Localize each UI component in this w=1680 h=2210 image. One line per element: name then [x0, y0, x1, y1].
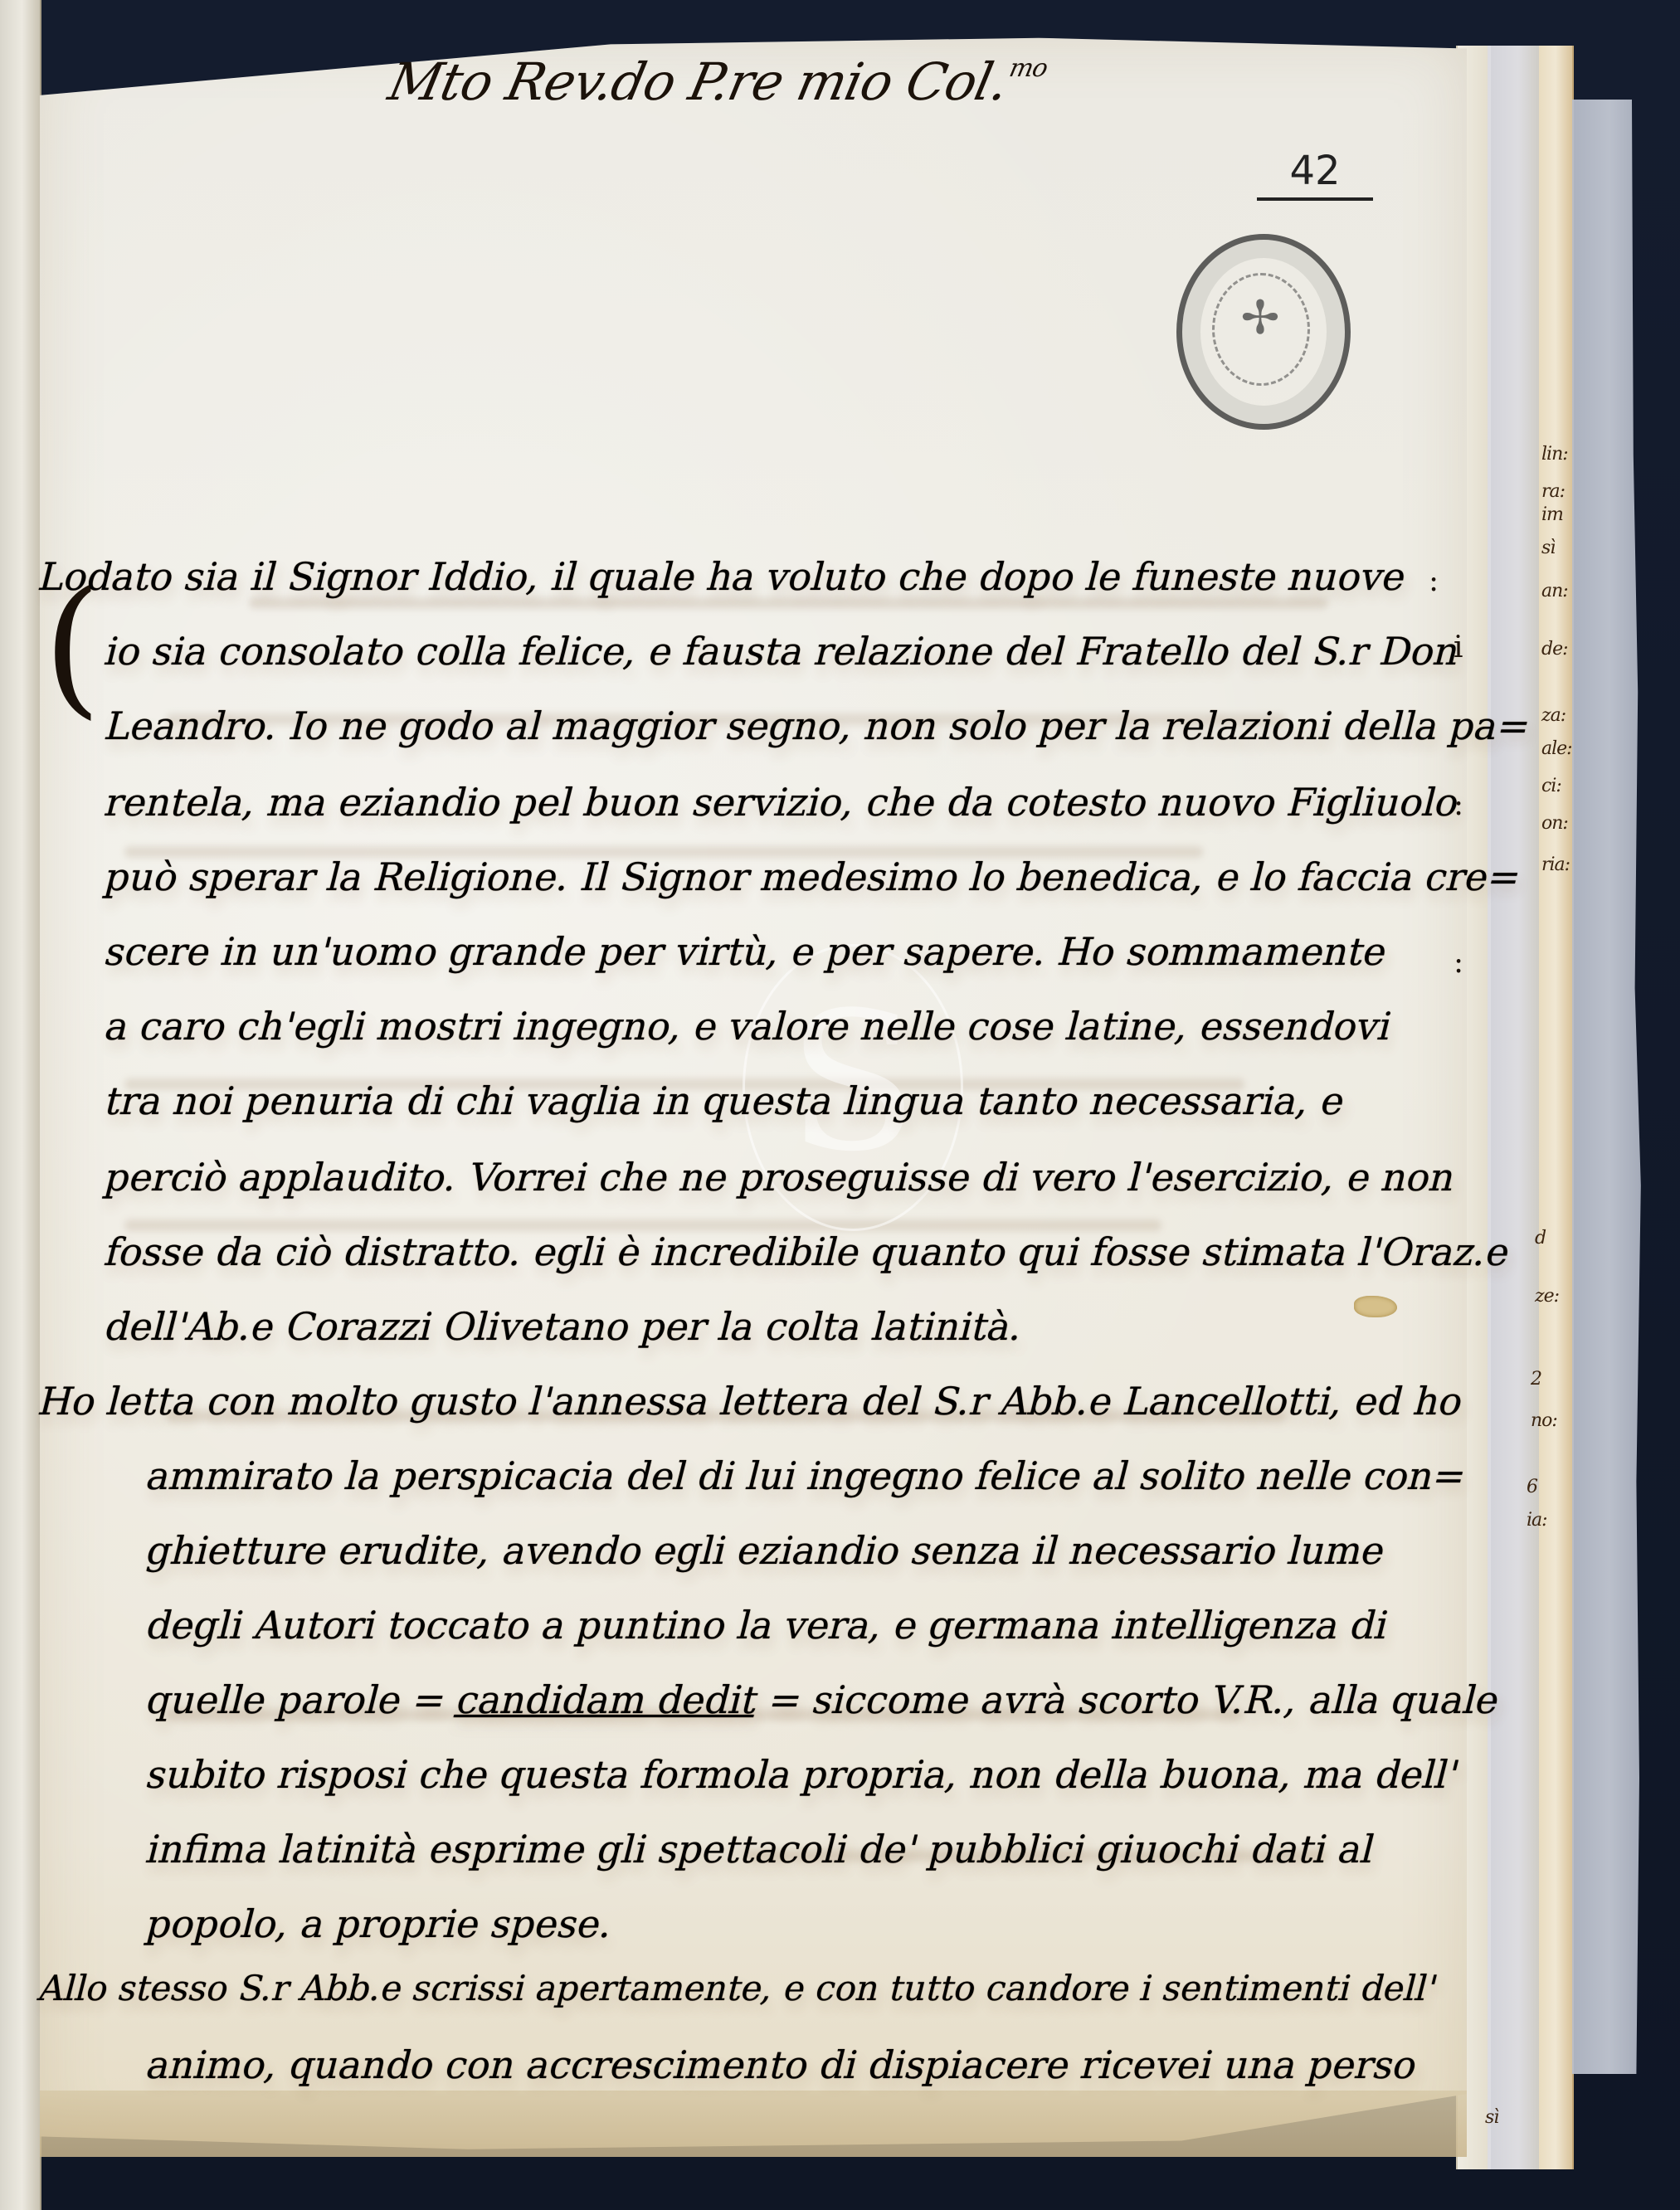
text-line: degli Autori toccato a puntino la vera, …	[142, 1603, 1394, 1648]
edge-fragment: an:	[1541, 581, 1568, 601]
margin-mark: :	[1429, 564, 1439, 598]
edge-fragment: on:	[1541, 813, 1568, 834]
margin-mark: i	[1454, 630, 1463, 664]
previous-leaf-edge	[0, 0, 41, 2210]
edge-fragment: ale:	[1541, 738, 1572, 759]
folio-number: 42	[1257, 148, 1373, 201]
text-line: io sia consolato colla felice, e fausta …	[100, 629, 1465, 674]
edge-fragment: ria:	[1541, 854, 1570, 875]
foxed-lower-margin	[40, 2091, 1467, 2157]
library-stamp-icon: ✢	[1176, 234, 1351, 430]
edge-fragment: sì	[1541, 538, 1555, 558]
edge-fragment: 2	[1531, 1369, 1541, 1390]
text-line: Ho letta con molto gusto l'annessa lette…	[34, 1379, 1468, 1424]
edge-fragment: de:	[1541, 639, 1568, 660]
text-line: a caro ch'egli mostri ingegno, e valore …	[100, 1004, 1397, 1049]
edge-fragment: d	[1535, 1228, 1546, 1249]
text-line: dell'Ab.e Corazzi Olivetano per la colta…	[100, 1304, 1029, 1349]
edge-fragment: im	[1541, 504, 1563, 525]
text-line: Leandro. Io ne godo al maggior segno, no…	[100, 703, 1536, 748]
eagle-emblem-icon: ✢	[1220, 291, 1300, 345]
edge-fragment: sì	[1485, 2107, 1498, 2128]
text-line: Allo stesso S.r Abb.e scrissi apertament…	[35, 1968, 1442, 2008]
edge-fragment: no:	[1531, 1410, 1557, 1431]
text-line: subito risposi che questa formola propri…	[142, 1752, 1464, 1797]
salutation-heading: Mto Rev.do P.re mio Col.mo	[383, 51, 1050, 112]
text-line: può sperar la Religione. Il Signor medes…	[100, 854, 1526, 899]
edge-fragment: ze:	[1535, 1286, 1559, 1307]
text-line: fosse da ciò distratto. egli è incredibi…	[100, 1229, 1515, 1274]
text-line: animo, quando con accrescimento di dispi…	[142, 2042, 1422, 2087]
edge-fragment: 6	[1527, 1477, 1537, 1497]
page-edge-foxed	[1539, 46, 1574, 2169]
text-line: tra noi penuria di chi vaglia in questa …	[100, 1078, 1350, 1123]
edge-fragment: za:	[1541, 705, 1566, 726]
page-edge-stack	[1456, 46, 1576, 2169]
underlined-phrase: candidam dedit	[452, 1677, 763, 1722]
edge-fragment: ci:	[1541, 776, 1561, 796]
text-line: ghietture erudite, avendo egli eziandio …	[142, 1528, 1390, 1573]
margin-mark: :	[1454, 788, 1463, 822]
text-line-with-underlined-phrase: quelle parole = candidam dedit = siccome…	[142, 1677, 1504, 1722]
text-line: ammirato la perspicacia del di lui ingeg…	[142, 1453, 1471, 1498]
text-line: perciò applaudito. Vorrei che ne prosegu…	[100, 1155, 1460, 1200]
text-line: infima latinità esprime gli spettacoli d…	[142, 1827, 1380, 1872]
text-line: popolo, a proprie spese.	[142, 1901, 618, 1946]
bleed-through	[249, 597, 1327, 609]
edge-fragment: lin:	[1541, 444, 1568, 465]
margin-mark: :	[1454, 946, 1463, 980]
edge-fragment: ra:	[1541, 481, 1565, 502]
text-line: Lodato sia il Signor Iddio, il quale ha …	[34, 554, 1411, 599]
text-line: scere in un'uomo grande per virtù, e per…	[100, 929, 1392, 974]
page-edge-translucent	[1488, 46, 1539, 2169]
salutation-superscript: mo	[1006, 54, 1049, 83]
edge-fragment: ia:	[1527, 1510, 1547, 1531]
salutation-text: Mto Rev.do P.re mio Col.	[383, 51, 1013, 112]
wax-residue	[1354, 1296, 1397, 1317]
text-line: rentela, ma eziandio pel buon servizio, …	[100, 780, 1464, 825]
